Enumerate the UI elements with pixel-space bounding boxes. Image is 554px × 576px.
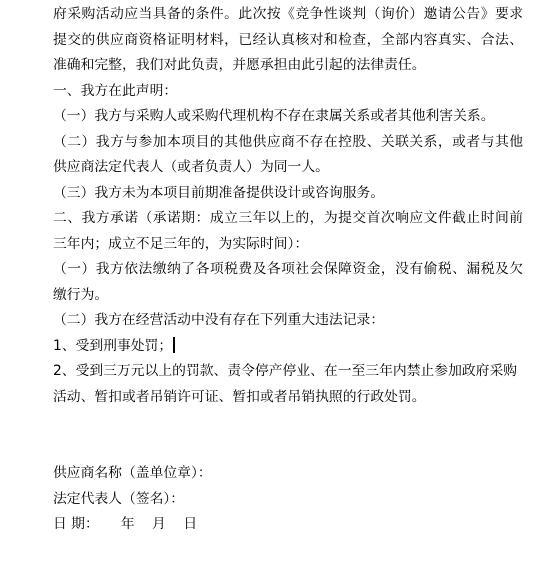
text-line[interactable]: （三）我方未为本项目前期准备提供设计或咨询服务。 [53, 181, 523, 207]
line-text: 2、受到三万元以上的罚款、责令停产停业、在一至三年内禁止参加政府采购 [53, 363, 517, 379]
text-line[interactable]: 供应商名称（盖单位章）： [53, 461, 523, 487]
text-line[interactable]: 一、我方在此声明： [53, 79, 523, 105]
text-line[interactable]: 缴行为。 [53, 283, 523, 309]
line-text [53, 414, 57, 430]
line-text: 二、我方承诺（承诺期：成立三年以上的，为提交首次响应文件截止时间前 [53, 210, 523, 226]
text-line[interactable]: 活动、暂扣或者吊销许可证、暂扣或者吊销执照的行政处罚。 [53, 385, 523, 411]
line-text: 缴行为。 [53, 287, 108, 303]
text-line[interactable]: 法定代表人（签名）： [53, 487, 523, 513]
text-line[interactable]: （一）我方与采购人或采购代理机构不存在隶属关系或者其他利害关系。 [53, 104, 523, 130]
text-line[interactable]: 日 期： 年 月 日 [53, 512, 523, 538]
line-text [53, 440, 57, 456]
text-line[interactable]: 府采购活动应当具备的条件。此次按《竞争性谈判（询价）邀请公告》要求 [53, 2, 523, 28]
line-text: 供应商名称（盖单位章）： [53, 465, 212, 481]
line-text: 提交的供应商资格证明材料，已经认真核对和检查，全部内容真实、合法、 [53, 32, 523, 48]
document-page: 府采购活动应当具备的条件。此次按《竞争性谈判（询价）邀请公告》要求提交的供应商资… [0, 0, 554, 576]
line-text: 活动、暂扣或者吊销许可证、暂扣或者吊销执照的行政处罚。 [53, 389, 426, 405]
line-text: 日 期： 年 月 日 [53, 516, 197, 532]
text-line[interactable] [53, 410, 523, 436]
line-text: （二）我方与参加本项目的其他供应商不存在控股、关联关系，或者与其他 [53, 134, 523, 150]
text-line[interactable]: （二）我方在经营活动中没有存在下列重大违法记录： [53, 308, 523, 334]
text-cursor [173, 337, 175, 353]
document-body[interactable]: 府采购活动应当具备的条件。此次按《竞争性谈判（询价）邀请公告》要求提交的供应商资… [53, 2, 523, 538]
text-line[interactable]: 1、受到刑事处罚； [53, 334, 523, 360]
line-text: 一、我方在此声明： [53, 83, 177, 99]
text-line[interactable] [53, 436, 523, 462]
text-line[interactable]: （一）我方依法缴纳了各项税费及各项社会保障资金，没有偷税、漏税及欠 [53, 257, 523, 283]
line-text: 1、受到刑事处罚； [53, 338, 172, 354]
line-text: （一）我方与采购人或采购代理机构不存在隶属关系或者其他利害关系。 [53, 108, 495, 124]
line-text: （一）我方依法缴纳了各项税费及各项社会保障资金，没有偷税、漏税及欠 [53, 261, 523, 277]
text-line[interactable]: （二）我方与参加本项目的其他供应商不存在控股、关联关系，或者与其他 [53, 130, 523, 156]
line-text: 准确和完整，我们对此负责，并愿承担由此引起的法律责任。 [53, 57, 426, 73]
line-text: 法定代表人（签名）： [53, 491, 184, 507]
text-line[interactable]: 提交的供应商资格证明材料，已经认真核对和检查，全部内容真实、合法、 [53, 28, 523, 54]
text-line[interactable]: 2、受到三万元以上的罚款、责令停产停业、在一至三年内禁止参加政府采购 [53, 359, 523, 385]
line-text: （二）我方在经营活动中没有存在下列重大违法记录： [53, 312, 384, 328]
text-line[interactable]: 准确和完整，我们对此负责，并愿承担由此引起的法律责任。 [53, 53, 523, 79]
line-text: 三年内；成立不足三年的，为实际时间）： [53, 236, 308, 252]
text-line[interactable]: 三年内；成立不足三年的，为实际时间）： [53, 232, 523, 258]
line-text: 府采购活动应当具备的条件。此次按《竞争性谈判（询价）邀请公告》要求 [53, 6, 523, 22]
line-text: （三）我方未为本项目前期准备提供设计或咨询服务。 [53, 185, 384, 201]
text-line[interactable]: 供应商法定代表人（或者负责人）为同一人。 [53, 155, 523, 181]
text-line[interactable]: 二、我方承诺（承诺期：成立三年以上的，为提交首次响应文件截止时间前 [53, 206, 523, 232]
line-text: 供应商法定代表人（或者负责人）为同一人。 [53, 159, 329, 175]
